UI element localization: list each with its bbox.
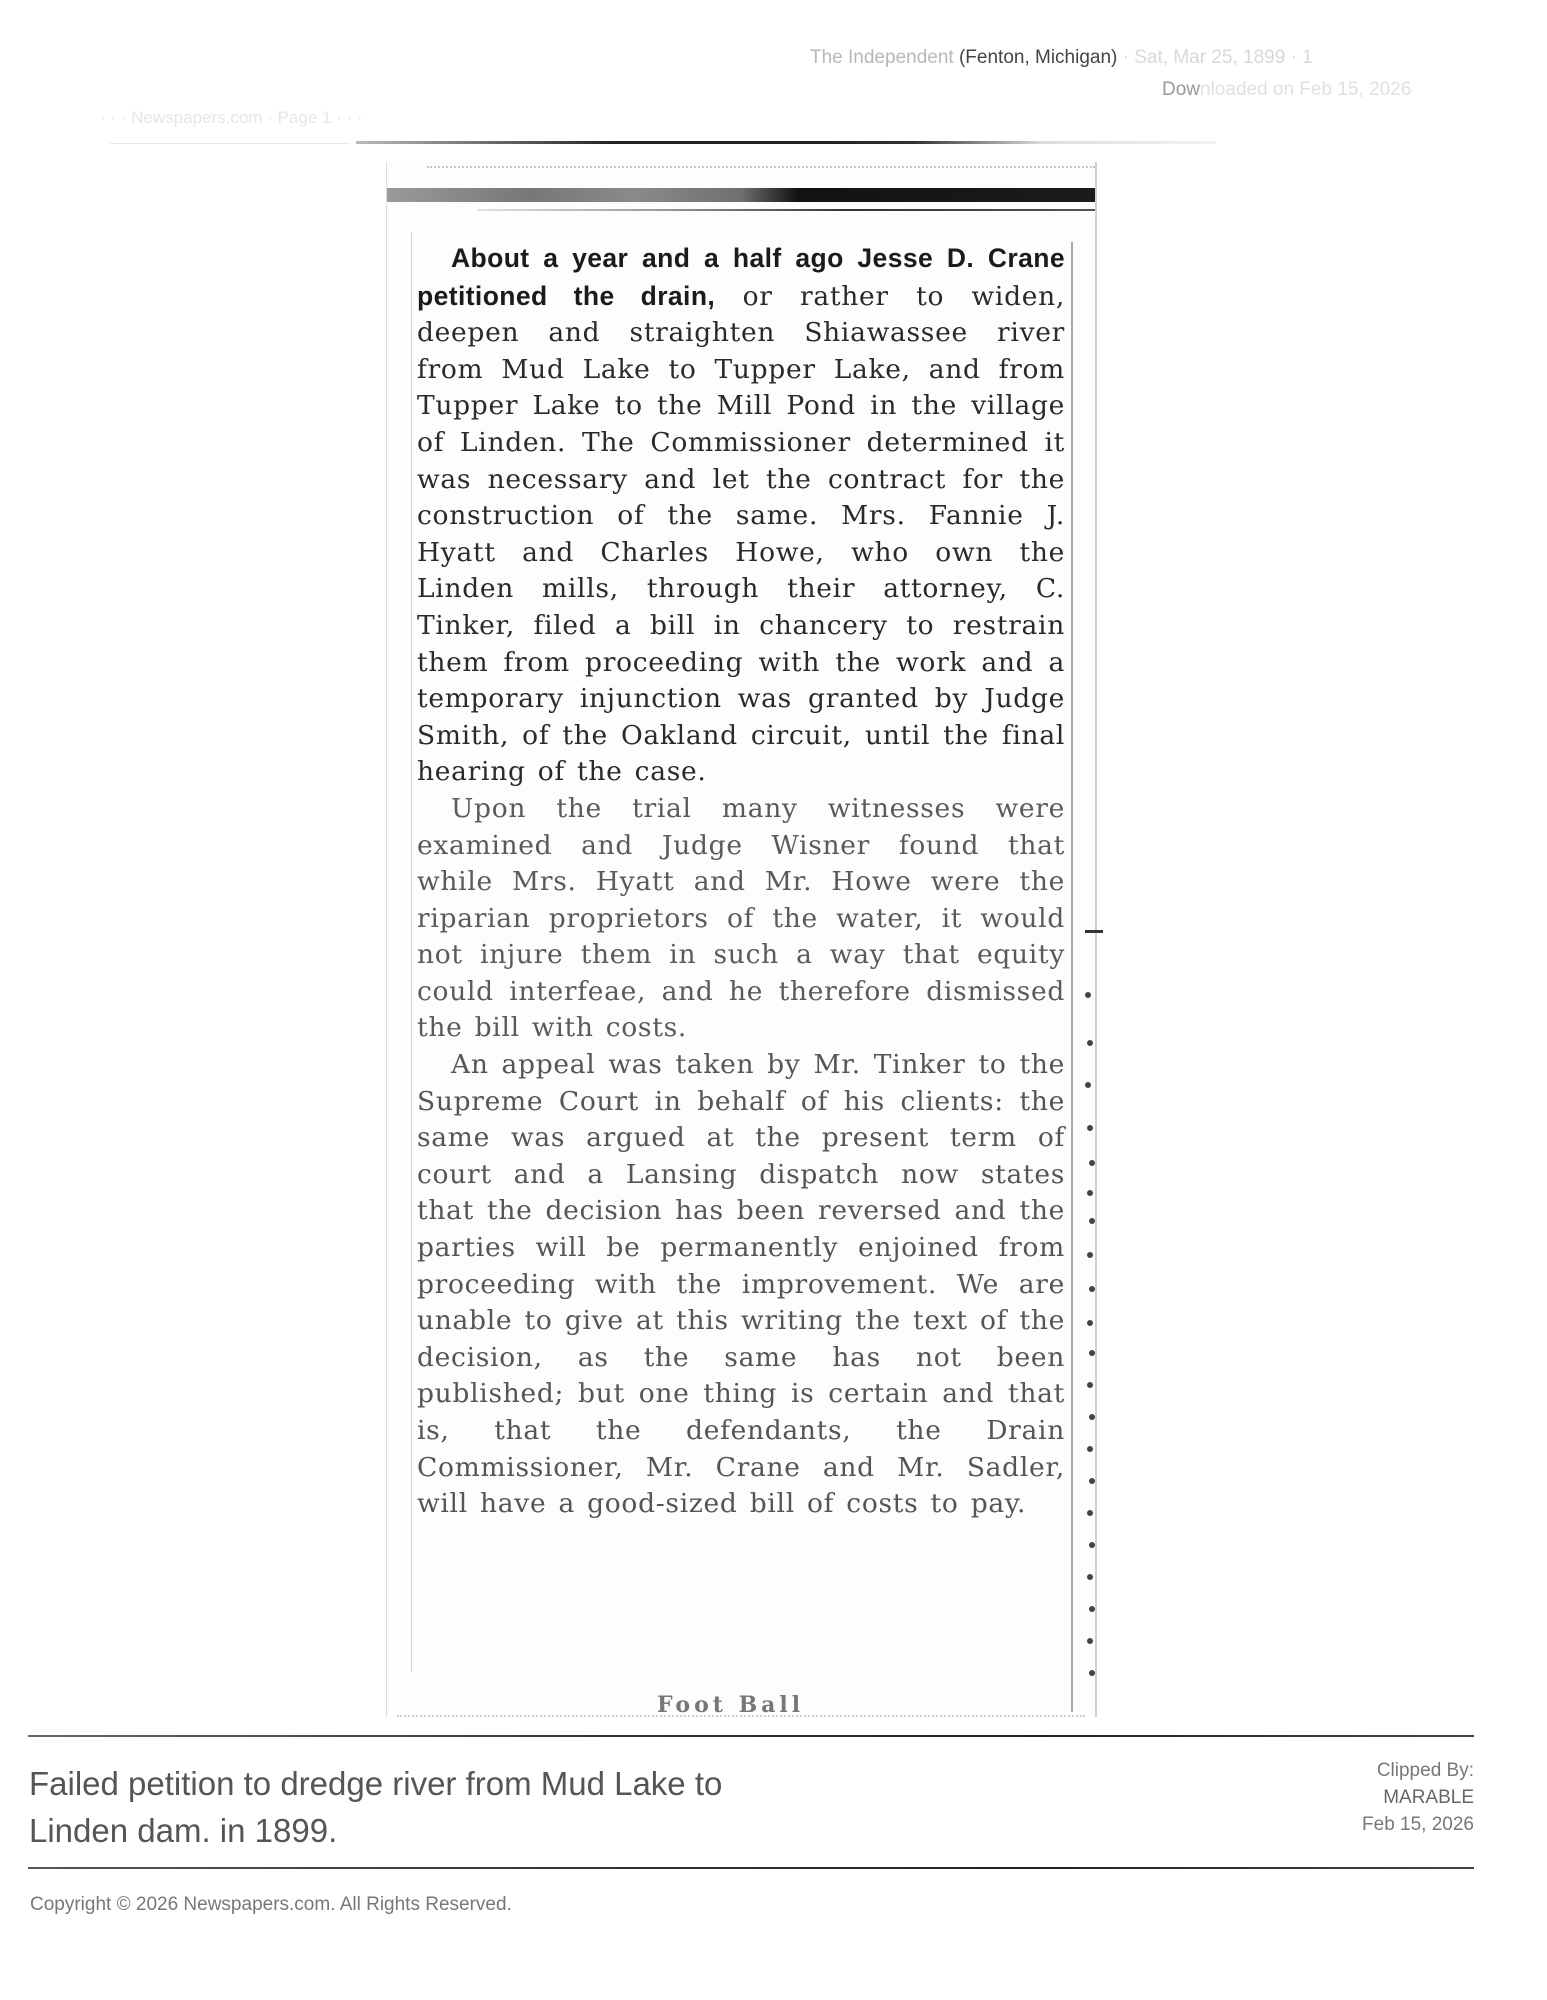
clip-caption: Failed petition to dredge river from Mud… — [29, 1760, 749, 1854]
caption-bottom-rule — [28, 1867, 1474, 1869]
column-left-rule — [411, 232, 412, 1672]
clip-metadata: Clipped By: MARABLE Feb 15, 2026 — [1362, 1757, 1474, 1838]
publication-date: · Sat, Mar 25, 1899 · 1 — [1123, 47, 1313, 68]
article-text: or rather to widen, deepen and straighte… — [417, 281, 1065, 788]
dot-leader-mark — [1089, 1160, 1095, 1166]
dot-leader-mark — [1087, 1040, 1093, 1046]
publication-source-line: The Independent (Fenton, Michigan) · Sat… — [810, 47, 1313, 69]
dot-leader-mark — [1087, 1125, 1093, 1131]
dot-leader-mark — [1089, 1414, 1095, 1420]
clipping-column-bar — [387, 188, 1095, 202]
dot-leader-mark — [1087, 1510, 1093, 1516]
header-rule — [356, 141, 1216, 144]
dot-leader-mark — [1087, 1574, 1093, 1580]
clipping-column-underline — [477, 209, 1095, 211]
clipping-bottom-edge — [397, 1714, 1085, 1717]
download-label: Dow — [1162, 79, 1200, 100]
caption-top-rule — [28, 1735, 1474, 1737]
dot-leader-mark — [1089, 1286, 1095, 1292]
copyright-notice: Copyright © 2026 Newspapers.com. All Rig… — [30, 1894, 512, 1916]
article-body: About a year and a half ago Jesse D. Cra… — [417, 240, 1065, 1523]
clipped-by-label: Clipped By: — [1362, 1757, 1474, 1784]
article-paragraph: Upon the trial many witnesses were exami… — [417, 791, 1065, 1047]
dot-leader-mark — [1085, 992, 1091, 998]
column-right-rule — [1071, 242, 1073, 1712]
dot-leader-mark — [1087, 1446, 1093, 1452]
clipped-by-user: MARABLE — [1362, 1784, 1474, 1811]
newspaper-clipping: About a year and a half ago Jesse D. Cra… — [386, 162, 1097, 1717]
dot-leader-mark — [1087, 1382, 1093, 1388]
dot-leader-mark — [1089, 1670, 1095, 1676]
publication-location: (Fenton, Michigan) — [959, 47, 1117, 68]
dot-leader-mark — [1087, 1190, 1093, 1196]
download-info: Downloaded on Feb 15, 2026 — [1162, 79, 1411, 101]
clipping-top-edge — [427, 166, 1095, 170]
article-paragraph: About a year and a half ago Jesse D. Cra… — [417, 240, 1065, 791]
dot-leader-mark — [1087, 1320, 1093, 1326]
ghost-header-text: · · · Newspapers.com · Page 1 · · · — [100, 108, 363, 128]
publication-name: The Independent — [810, 47, 954, 68]
column-dash-mark — [1085, 930, 1103, 933]
download-date: nloaded on Feb 15, 2026 — [1200, 79, 1411, 100]
article-paragraph: An appeal was taken by Mr. Tinker to the… — [417, 1047, 1065, 1523]
clipped-date: Feb 15, 2026 — [1362, 1811, 1474, 1838]
dot-leader-mark — [1089, 1218, 1095, 1224]
dot-leader-mark — [1089, 1478, 1095, 1484]
header-faint-rule — [110, 143, 350, 144]
adjacent-column-fragment — [1083, 922, 1097, 1712]
dot-leader-mark — [1085, 1082, 1091, 1088]
dot-leader-mark — [1087, 1252, 1093, 1258]
dot-leader-mark — [1089, 1606, 1095, 1612]
dot-leader-mark — [1087, 1638, 1093, 1644]
dot-leader-mark — [1089, 1542, 1095, 1548]
dot-leader-mark — [1089, 1350, 1095, 1356]
